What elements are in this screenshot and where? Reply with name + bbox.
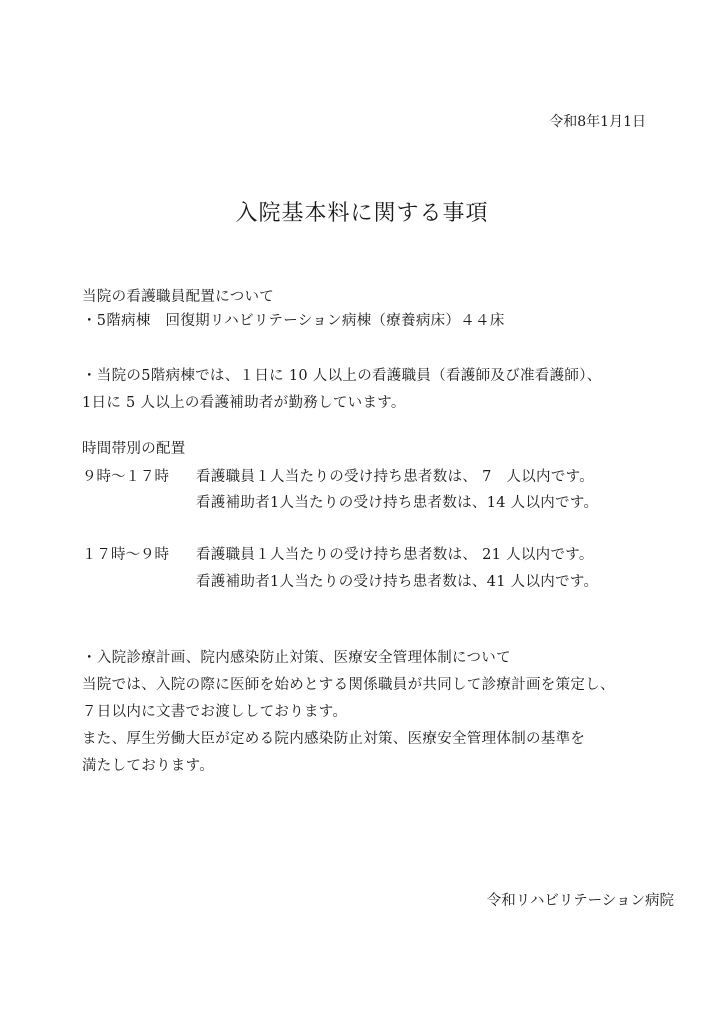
ward-info: ・5階病棟 回復期リハビリテーション病棟（療養病床）４４床 — [82, 309, 505, 330]
plan-line-4: 満たしております。 — [82, 754, 214, 775]
staffing-line-1: ・当院の5階病棟では、１日に 10 人以上の看護職員（看護師及び准看護師）、 — [82, 364, 602, 385]
day-aide-ratio: 看護補助者1人当たりの受け持ち患者数は、14 人以内です。 — [196, 491, 598, 512]
plan-line-3: また、厚生労働大臣が定める院内感染防止対策、医療安全管理体制の基準を — [82, 727, 585, 748]
plan-heading: ・入院診療計画、院内感染防止対策、医療安全管理体制について — [82, 646, 511, 667]
night-shift-label: １７時～９時 — [82, 543, 169, 564]
nursing-heading: 当院の看護職員配置について — [82, 285, 274, 306]
document-date: 令和8年1月1日 — [549, 111, 646, 131]
hospital-name: 令和リハビリテーション病院 — [487, 889, 674, 910]
plan-line-2: ７日以内に文書でお渡ししております。 — [82, 700, 347, 721]
time-heading: 時間帯別の配置 — [82, 437, 186, 458]
document-title: 入院基本料に関する事項 — [0, 196, 724, 227]
night-aide-ratio: 看護補助者1人当たりの受け持ち患者数は、41 人以内です。 — [196, 570, 598, 591]
day-nurse-ratio: 看護職員１人当たりの受け持ち患者数は、 7 人以内です。 — [196, 465, 594, 486]
staffing-line-2: 1日に 5 人以上の看護補助者が勤務しています。 — [82, 391, 406, 412]
night-nurse-ratio: 看護職員１人当たりの受け持ち患者数は、 21 人以内です。 — [196, 543, 594, 564]
day-shift-label: ９時～１７時 — [82, 465, 169, 486]
plan-line-1: 当院では、入院の際に医師を始めとする関係職員が共同して診療計画を策定し、 — [82, 673, 615, 694]
